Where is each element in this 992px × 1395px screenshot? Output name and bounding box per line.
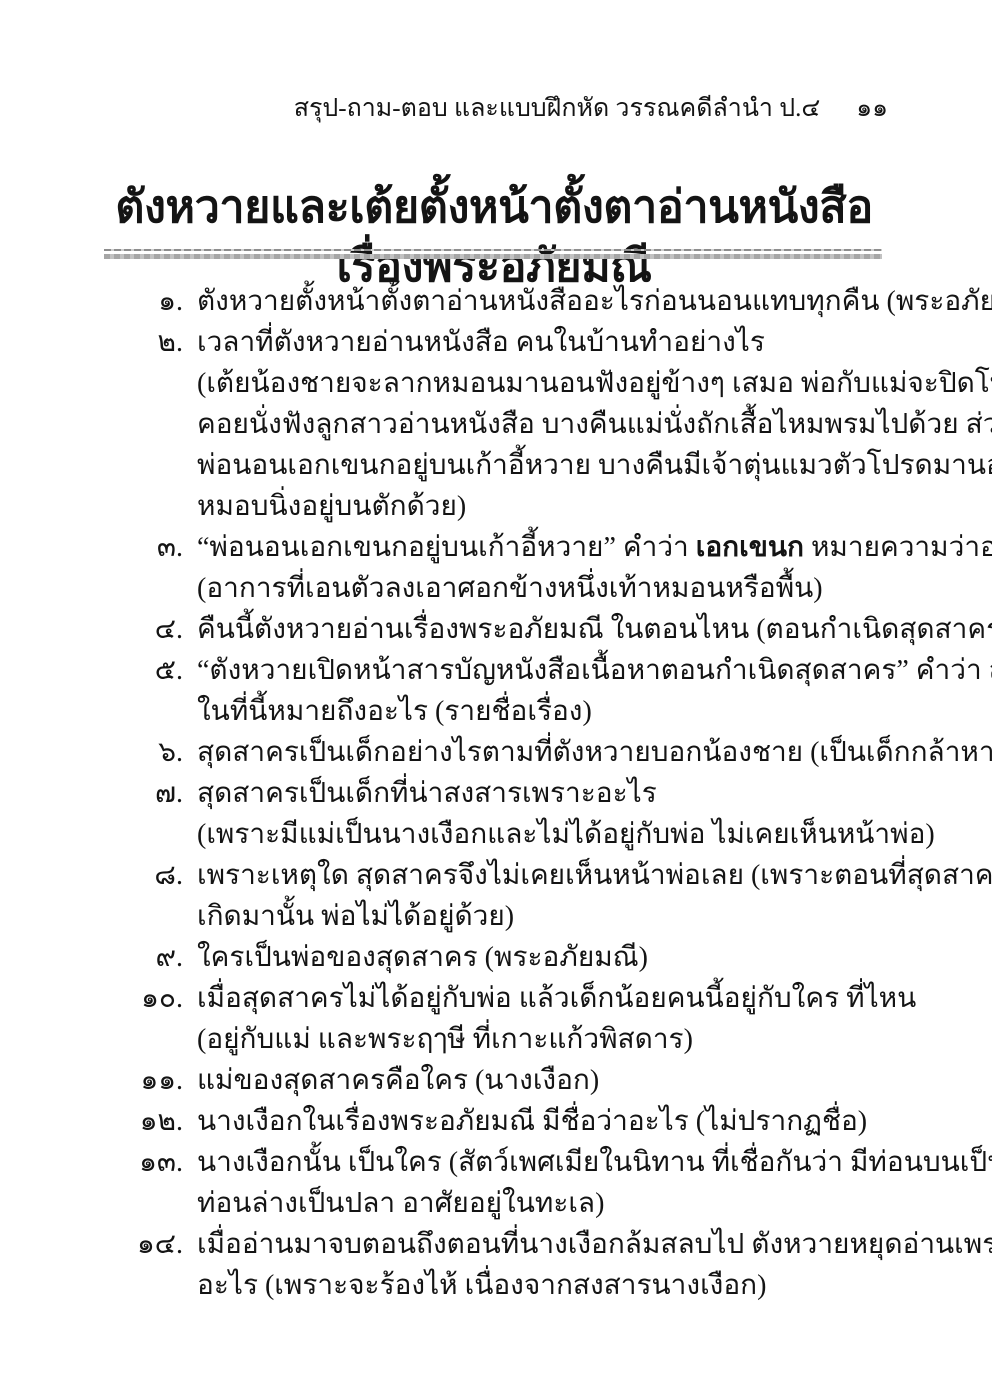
question-item: ๑๐. เมื่อสุดสาครไม่ได้อยู่กับพ่อ แล้วเด็…	[113, 978, 891, 1060]
question-item: ๑๒. นางเงือกในเรื่องพระอภัยมณี มีชื่อว่า…	[113, 1101, 891, 1142]
question-item: ๑๔. เมื่ออ่านมาจบตอนถึงตอนที่นางเงือกล้ม…	[113, 1224, 891, 1306]
question-number: ๑๐.	[113, 978, 183, 1019]
question-item: ๒. เวลาที่ตังหวายอ่านหนังสือ คนในบ้านทำอ…	[113, 322, 891, 527]
question-line: สุดสาครเป็นเด็กที่น่าสงสารเพราะอะไร	[197, 773, 891, 814]
question-number: ๒.	[113, 322, 183, 363]
question-number: ๑๔.	[113, 1224, 183, 1265]
page-header: สรุป-ถาม-ตอบ และแบบฝึกหัด วรรณคดีลำนำ ป.…	[294, 88, 888, 128]
answer-line: หมอบนิ่งอยู่บนตักด้วย)	[197, 486, 891, 527]
question-line: นางเงือกในเรื่องพระอภัยมณี มีชื่อว่าอะไร…	[197, 1101, 891, 1142]
question-item: ๙. ใครเป็นพ่อของสุดสาคร (พระอภัยมณี)	[113, 937, 891, 978]
title-divider	[104, 249, 882, 259]
answer-line: (เต้ยน้องชายจะลากหมอนมานอนฟังอยู่ข้างๆ เ…	[197, 363, 891, 404]
question-line: เมื่อสุดสาครไม่ได้อยู่กับพ่อ แล้วเด็กน้อ…	[197, 978, 891, 1019]
question-line: ใครเป็นพ่อของสุดสาคร (พระอภัยมณี)	[197, 937, 891, 978]
page-number: ๑๑	[856, 88, 888, 128]
divider-thin-line	[104, 249, 882, 251]
question-number: ๔.	[113, 609, 183, 650]
question-item: ๑๑. แม่ของสุดสาครคือใคร (นางเงือก)	[113, 1060, 891, 1101]
question-number: ๑.	[113, 281, 183, 322]
running-head-text: สรุป-ถาม-ตอบ และแบบฝึกหัด วรรณคดีลำนำ ป.…	[294, 88, 821, 128]
question-line: ตังหวายตั้งหน้าตั้งตาอ่านหนังสืออะไรก่อน…	[197, 281, 891, 322]
question-item: ๔. คืนนี้ตังหวายอ่านเรื่องพระอภัยมณี ในต…	[113, 609, 891, 650]
question-item: ๑. ตังหวายตั้งหน้าตั้งตาอ่านหนังสืออะไรก…	[113, 281, 891, 322]
question-item: ๘. เพราะเหตุใด สุดสาครจึงไม่เคยเห็นหน้าพ…	[113, 855, 891, 937]
question-item: ๕. “ตังหวายเปิดหน้าสารบัญหนังสือเนื้อหาต…	[113, 650, 891, 732]
answer-line: เกิดมานั้น พ่อไม่ได้อยู่ด้วย)	[197, 896, 891, 937]
question-line: เมื่ออ่านมาจบตอนถึงตอนที่นางเงือกล้มสลบไ…	[197, 1224, 891, 1265]
question-line: คืนนี้ตังหวายอ่านเรื่องพระอภัยมณี ในตอนไ…	[197, 609, 891, 650]
question-line: ในที่นี้หมายถึงอะไร (รายชื่อเรื่อง)	[197, 691, 891, 732]
question-number: ๑๓.	[113, 1142, 183, 1183]
answer-line: คอยนั่งฟังลูกสาวอ่านหนังสือ บางคืนแม่นั่…	[197, 404, 891, 445]
question-line: “พ่อนอนเอกเขนกอยู่บนเก้าอี้หวาย” คำว่า เ…	[197, 527, 891, 568]
document-page: สรุป-ถาม-ตอบ และแบบฝึกหัด วรรณคดีลำนำ ป.…	[0, 0, 992, 1395]
question-line: เวลาที่ตังหวายอ่านหนังสือ คนในบ้านทำอย่า…	[197, 322, 891, 363]
keyword-bold: เอกเขนก	[696, 532, 804, 563]
question-number: ๙.	[113, 937, 183, 978]
answer-line: (อาการที่เอนตัวลงเอาศอกข้างหนึ่งเท้าหมอน…	[197, 568, 891, 609]
answer-line: อะไร (เพราะจะร้องไห้ เนื่องจากสงสารนางเง…	[197, 1265, 891, 1306]
question-text-post: หมายความว่าอย่างไร	[804, 532, 992, 563]
question-number: ๑๒.	[113, 1101, 183, 1142]
question-number: ๑๑.	[113, 1060, 183, 1101]
question-item: ๑๓. นางเงือกนั้น เป็นใคร (สัตว์เพศเมียใน…	[113, 1142, 891, 1224]
question-text-pre: “พ่อนอนเอกเขนกอยู่บนเก้าอี้หวาย” คำว่า	[197, 532, 696, 563]
question-line: สุดสาครเป็นเด็กอย่างไรตามที่ตังหวายบอกน้…	[197, 732, 891, 773]
question-list: ๑. ตังหวายตั้งหน้าตั้งตาอ่านหนังสืออะไรก…	[113, 281, 891, 1306]
question-item: ๖. สุดสาครเป็นเด็กอย่างไรตามที่ตังหวายบอ…	[113, 732, 891, 773]
question-number: ๓.	[113, 527, 183, 568]
chapter-title: ตังหวายและเต้ยตั้งหน้าตั้งตาอ่านหนังสือเ…	[100, 178, 888, 295]
question-line: เพราะเหตุใด สุดสาครจึงไม่เคยเห็นหน้าพ่อเ…	[197, 855, 891, 896]
question-number: ๕.	[113, 650, 183, 691]
answer-line: (เพราะมีแม่เป็นนางเงือกและไม่ได้อยู่กับพ…	[197, 814, 891, 855]
question-line: แม่ของสุดสาครคือใคร (นางเงือก)	[197, 1060, 891, 1101]
question-number: ๖.	[113, 732, 183, 773]
question-line: “ตังหวายเปิดหน้าสารบัญหนังสือเนื้อหาตอนก…	[197, 650, 891, 691]
question-number: ๗.	[113, 773, 183, 814]
answer-line: (อยู่กับแม่ และพระฤๅษี ที่เกาะแก้วพิสดาร…	[197, 1019, 891, 1060]
question-line: นางเงือกนั้น เป็นใคร (สัตว์เพศเมียในนิทา…	[197, 1142, 891, 1183]
question-number: ๘.	[113, 855, 183, 896]
question-item: ๗. สุดสาครเป็นเด็กที่น่าสงสารเพราะอะไร (…	[113, 773, 891, 855]
divider-thick-line	[104, 254, 882, 259]
answer-line: พ่อนอนเอกเขนกอยู่บนเก้าอี้หวาย บางคืนมีเ…	[197, 445, 891, 486]
answer-line: ท่อนล่างเป็นปลา อาศัยอยู่ในทะเล)	[197, 1183, 891, 1224]
question-item: ๓. “พ่อนอนเอกเขนกอยู่บนเก้าอี้หวาย” คำว่…	[113, 527, 891, 609]
